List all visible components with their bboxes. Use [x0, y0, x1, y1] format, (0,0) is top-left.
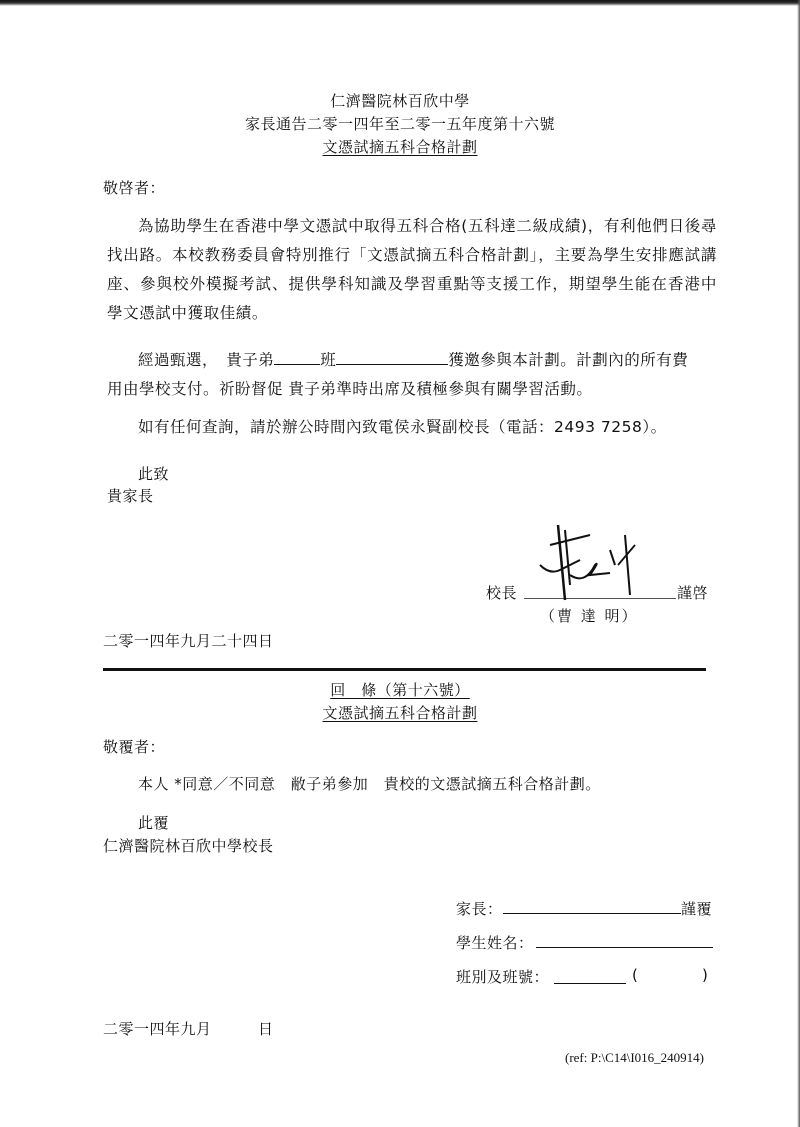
class-label: 班	[320, 351, 336, 369]
class-number-paren-close: )	[702, 966, 708, 984]
notice-title: 文憑試摘五科合格計劃	[0, 136, 800, 157]
class-field[interactable]	[554, 983, 626, 984]
closing-1: 此致	[138, 463, 169, 484]
parent-suffix: 謹覆	[681, 898, 712, 919]
signature-icon	[530, 515, 670, 605]
selection-suffix: 獲邀參與本計劃。計劃內的所有費	[448, 351, 688, 369]
tear-off-divider	[103, 668, 706, 671]
class-number-field[interactable]	[642, 966, 698, 984]
reply-closing-1: 此覆	[138, 812, 169, 833]
principal-label: 校長	[486, 582, 517, 603]
selection-prefix: 經過甄選， 貴子弟	[138, 351, 274, 369]
student-name-label: 學生姓名：	[456, 932, 534, 953]
reply-date: 二零一四年九月 日	[103, 1018, 274, 1039]
principal-name: （曹 達 明）	[540, 605, 639, 626]
parent-signature-field[interactable]	[503, 913, 681, 914]
reply-subtitle: 文憑試摘五科合格計劃	[0, 702, 800, 723]
letter-date: 二零一四年九月二十四日	[103, 630, 274, 651]
scan-edge-top	[0, 0, 800, 6]
class-number-label: 班別及班號：	[456, 966, 549, 987]
reply-title: 回 條（第十六號）	[0, 679, 800, 700]
notice-number: 家長通告二零一四年至二零一五年度第十六號	[0, 113, 800, 134]
name-blank	[336, 348, 448, 365]
paragraph-selection-line1: 經過甄選， 貴子弟班獲邀參與本計劃。計劃內的所有費	[138, 348, 688, 370]
reply-statement: 本人 *同意／不同意 敝子弟參加 貴校的文憑試摘五科合格計劃。	[138, 773, 601, 794]
class-blank	[274, 348, 320, 365]
reference-code: (ref: P:\C14\I016_240914)	[565, 1050, 704, 1066]
salutation: 敬啓者：	[103, 177, 165, 198]
class-number-paren-open: (	[632, 966, 638, 984]
reply-closing-2: 仁濟醫院林百欣中學校長	[103, 835, 274, 856]
reply-salutation: 敬覆者：	[103, 736, 165, 757]
paragraph-selection-line2: 用由學校支付。祈盼督促 貴子弟準時出席及積極參與有關學習活動。	[107, 377, 592, 399]
parent-label: 家長：	[456, 898, 503, 919]
school-name: 仁濟醫院林百欣中學	[0, 90, 800, 111]
principal-suffix: 謹啓	[677, 582, 708, 603]
paragraph-enquiry: 如有任何查詢，請於辦公時間內致電侯永賢副校長（電話：2493 7258）。	[138, 415, 667, 437]
paragraph-intro: 為協助學生在香港中學文憑試中取得五科合格(五科達二級成績)，有利他們日後尋找出路…	[107, 212, 717, 328]
student-name-field[interactable]	[536, 947, 713, 948]
closing-2: 貴家長	[107, 485, 154, 506]
